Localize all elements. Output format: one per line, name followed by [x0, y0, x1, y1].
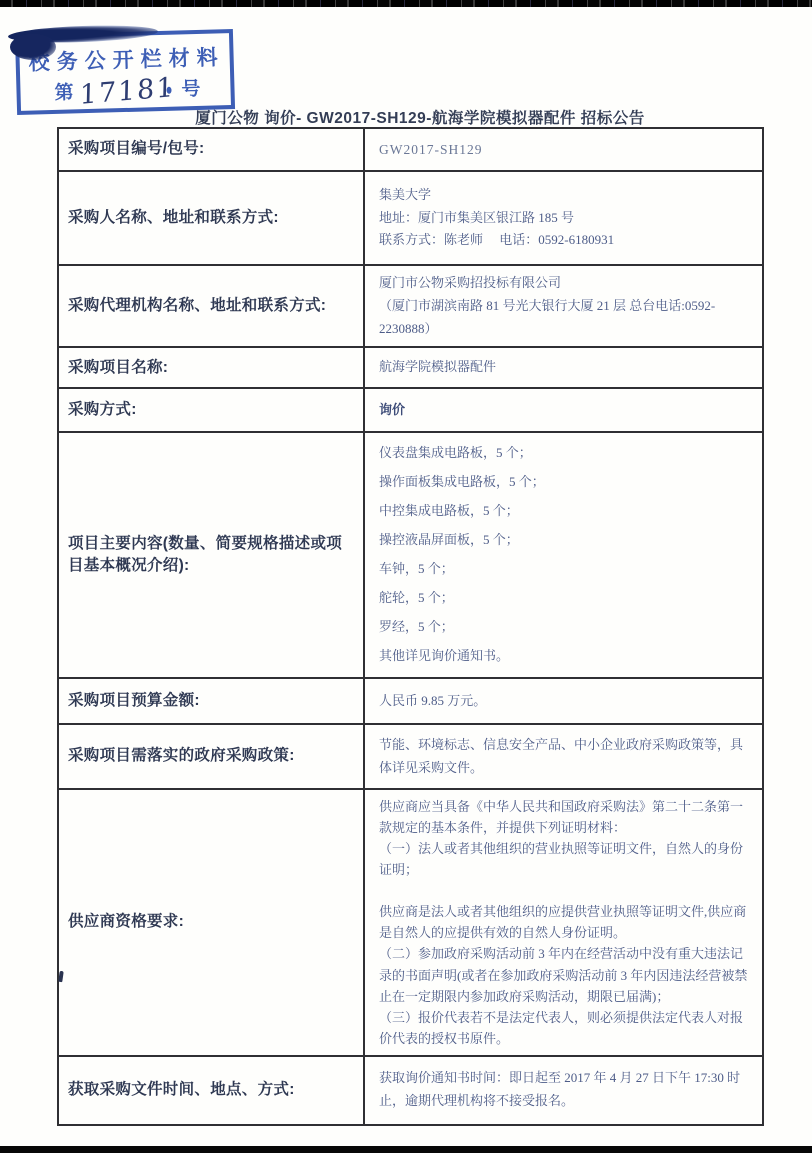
row-label-agency-contact: 采购代理机构名称、地址和联系方式: — [58, 265, 364, 347]
table-row: 获取采购文件时间、地点、方式: 获取询价通知书时间：即日起至 2017 年 4 … — [58, 1056, 763, 1125]
row-value-gov-policies: 节能、环境标志、信息安全产品、中小企业政府采购政策等，具体详见采购文件。 — [364, 724, 763, 789]
table-row: 采购项目预算金额: 人民币 9.85 万元。 — [58, 678, 763, 724]
row-value-supplier-qualification: 供应商应当具备《中华人民共和国政府采购法》第二十二条第一款规定的基本条件，并提供… — [364, 789, 763, 1056]
tender-info-table: 采购项目编号/包号: GW2017-SH129 采购人名称、地址和联系方式: 集… — [57, 127, 764, 1126]
stamp-number-line: 第17181号 — [20, 73, 235, 110]
row-value-main-content: 仪表盘集成电路板，5 个； 操作面板集成电路板，5 个； 中控集成电路板，5 个… — [364, 432, 763, 678]
ink-smudge-blob — [10, 34, 56, 60]
stamp-number-suffix: 号 — [181, 79, 201, 101]
table-row: 采购代理机构名称、地址和联系方式: 厦门市公物采购招投标有限公司 （厦门市湖滨南… — [58, 265, 763, 347]
row-value-project-number: GW2017-SH129 — [364, 128, 763, 171]
row-label-main-content: 项目主要内容(数量、简要规格描述或项目基本概况介绍): — [58, 432, 364, 678]
row-value-procurement-method: 询价 — [364, 388, 763, 432]
row-label-project-number: 采购项目编号/包号: — [58, 128, 364, 171]
stamp-ink-dot — [166, 87, 171, 94]
table-row: 采购项目名称: 航海学院模拟器配件 — [58, 347, 763, 388]
row-value-purchaser-contact: 集美大学 地址：厦门市集美区银江路 185 号 联系方式：陈老师 电话：0592… — [364, 171, 763, 265]
row-label-document-obtain: 获取采购文件时间、地点、方式: — [58, 1056, 364, 1125]
row-value-agency-contact: 厦门市公物采购招投标有限公司 （厦门市湖滨南路 81 号光大银行大厦 21 层 … — [364, 265, 763, 347]
row-label-budget: 采购项目预算金额: — [58, 678, 364, 724]
table-row: 采购项目需落实的政府采购政策: 节能、环境标志、信息安全产品、中小企业政府采购政… — [58, 724, 763, 789]
row-label-project-name: 采购项目名称: — [58, 347, 364, 388]
stamp-number-prefix: 第 — [54, 82, 74, 104]
row-label-purchaser-contact: 采购人名称、地址和联系方式: — [58, 171, 364, 265]
row-value-project-name: 航海学院模拟器配件 — [364, 347, 763, 388]
row-label-supplier-qualification: 供应商资格要求: — [58, 789, 364, 1056]
table-row: 采购人名称、地址和联系方式: 集美大学 地址：厦门市集美区银江路 185 号 联… — [58, 171, 763, 265]
row-label-procurement-method: 采购方式: — [58, 388, 364, 432]
table-row: 供应商资格要求: 供应商应当具备《中华人民共和国政府采购法》第二十二条第一款规定… — [58, 789, 763, 1056]
row-value-budget: 人民币 9.85 万元。 — [364, 678, 763, 724]
scan-artifact-top-strip — [0, 0, 812, 7]
scan-artifact-bottom-strip — [0, 1146, 812, 1153]
page-title: 厦门公物 询价- GW2017-SH129-航海学院模拟器配件 招标公告 — [0, 106, 812, 128]
scanned-tender-document: { "stamp": { "line1": "校务公开栏材料", "line2_… — [0, 0, 812, 1153]
row-value-document-obtain: 获取询价通知书时间：即日起至 2017 年 4 月 27 日下午 17:30 时… — [364, 1056, 763, 1125]
row-label-gov-policies: 采购项目需落实的政府采购政策: — [58, 724, 364, 789]
table-row: 采购项目编号/包号: GW2017-SH129 — [58, 128, 763, 171]
table-row: 项目主要内容(数量、简要规格描述或项目基本概况介绍): 仪表盘集成电路板，5 个… — [58, 432, 763, 678]
table-row: 采购方式: 询价 — [58, 388, 763, 432]
